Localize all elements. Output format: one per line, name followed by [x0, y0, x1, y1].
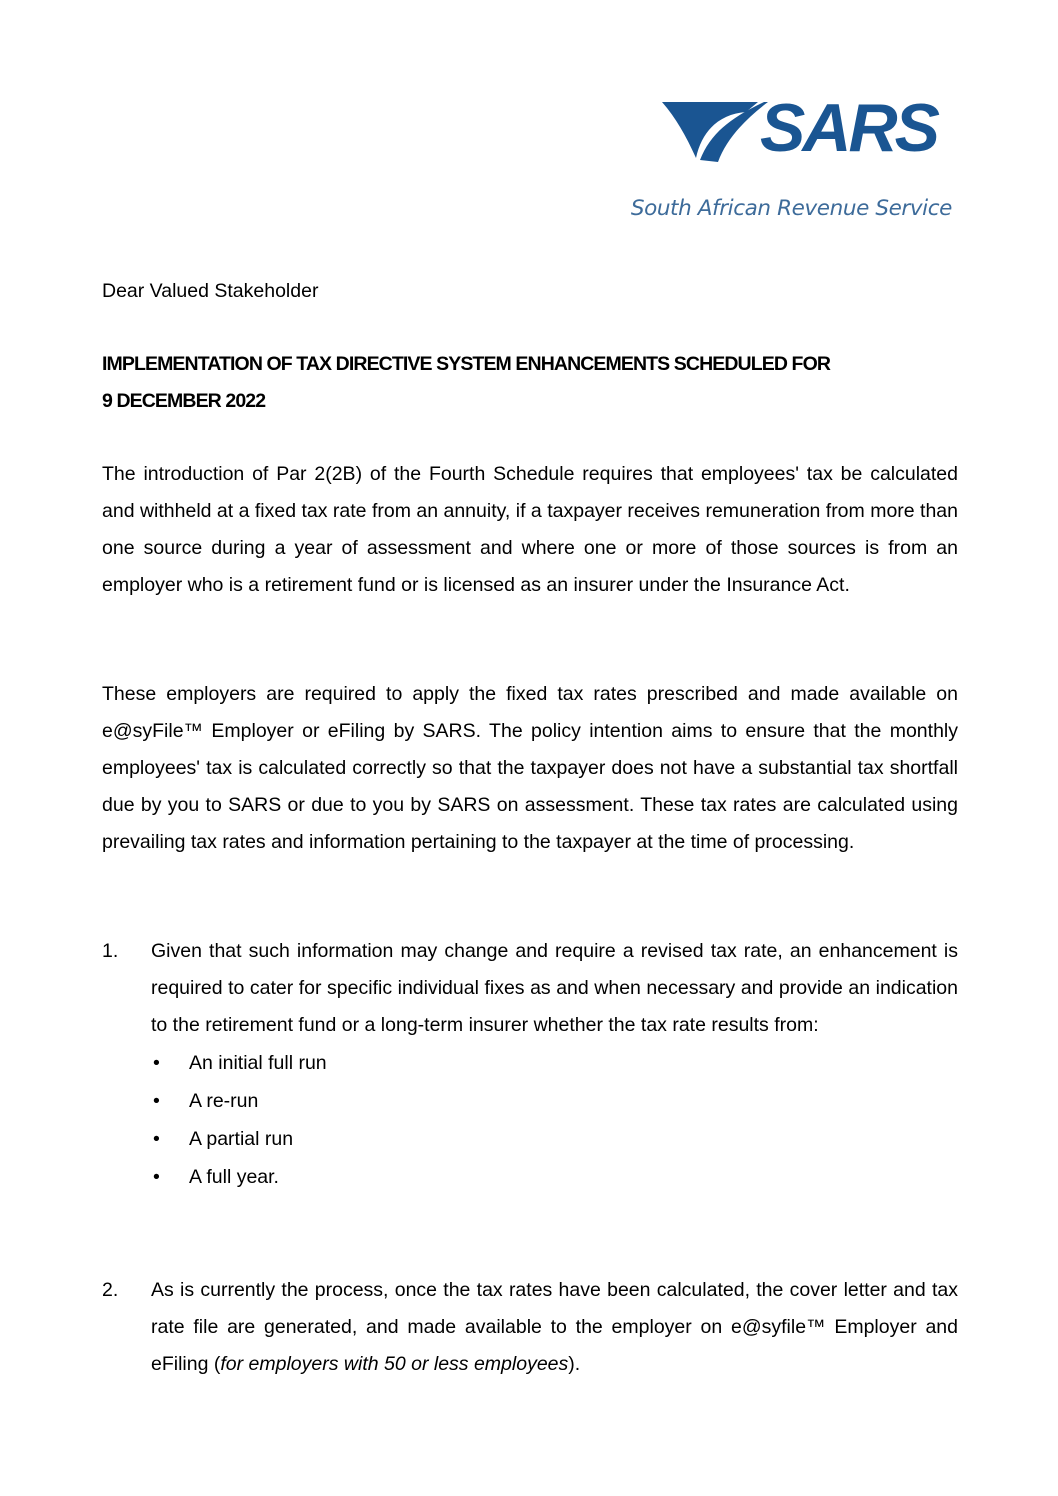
- italic-note: for employers with 50 or less employees: [220, 1353, 568, 1375]
- item-number: 2.: [102, 1272, 118, 1309]
- bullet-icon: •: [153, 1082, 160, 1120]
- numbered-item-2: 2. As is currently the process, once the…: [102, 1272, 958, 1383]
- letter-heading: IMPLEMENTATION OF TAX DIRECTIVE SYSTEM E…: [102, 346, 958, 420]
- sars-wordmark: SARS: [760, 88, 937, 168]
- bullet-list: • An initial full run • A re-run • A par…: [151, 1044, 958, 1196]
- heading-line-2: 9 DECEMBER 2022: [102, 383, 958, 420]
- item-text: Given that such information may change a…: [151, 933, 958, 1044]
- sars-swoosh-icon: [660, 96, 770, 166]
- item-text: As is currently the process, once the ta…: [151, 1272, 958, 1383]
- bullet-item: • A re-run: [151, 1082, 958, 1120]
- bullet-icon: •: [153, 1044, 160, 1082]
- greeting: Dear Valued Stakeholder: [102, 273, 958, 310]
- logo-tagline: South African Revenue Service: [631, 196, 952, 221]
- letter-page: SARS South African Revenue Service Dear …: [0, 0, 1058, 1496]
- bullet-item: • An initial full run: [151, 1044, 958, 1082]
- bullet-item: • A partial run: [151, 1120, 958, 1158]
- bullet-icon: •: [153, 1120, 160, 1158]
- paragraph-1: The introduction of Par 2(2B) of the Fou…: [102, 456, 958, 604]
- bullet-item: • A full year.: [151, 1158, 958, 1196]
- sars-logo: SARS South African Revenue Service: [660, 96, 960, 226]
- heading-line-1: IMPLEMENTATION OF TAX DIRECTIVE SYSTEM E…: [102, 346, 958, 383]
- paragraph-2: These employers are required to apply th…: [102, 676, 958, 861]
- item-number: 1.: [102, 933, 118, 970]
- bullet-icon: •: [153, 1158, 160, 1196]
- numbered-item-1: 1. Given that such information may chang…: [102, 933, 958, 1196]
